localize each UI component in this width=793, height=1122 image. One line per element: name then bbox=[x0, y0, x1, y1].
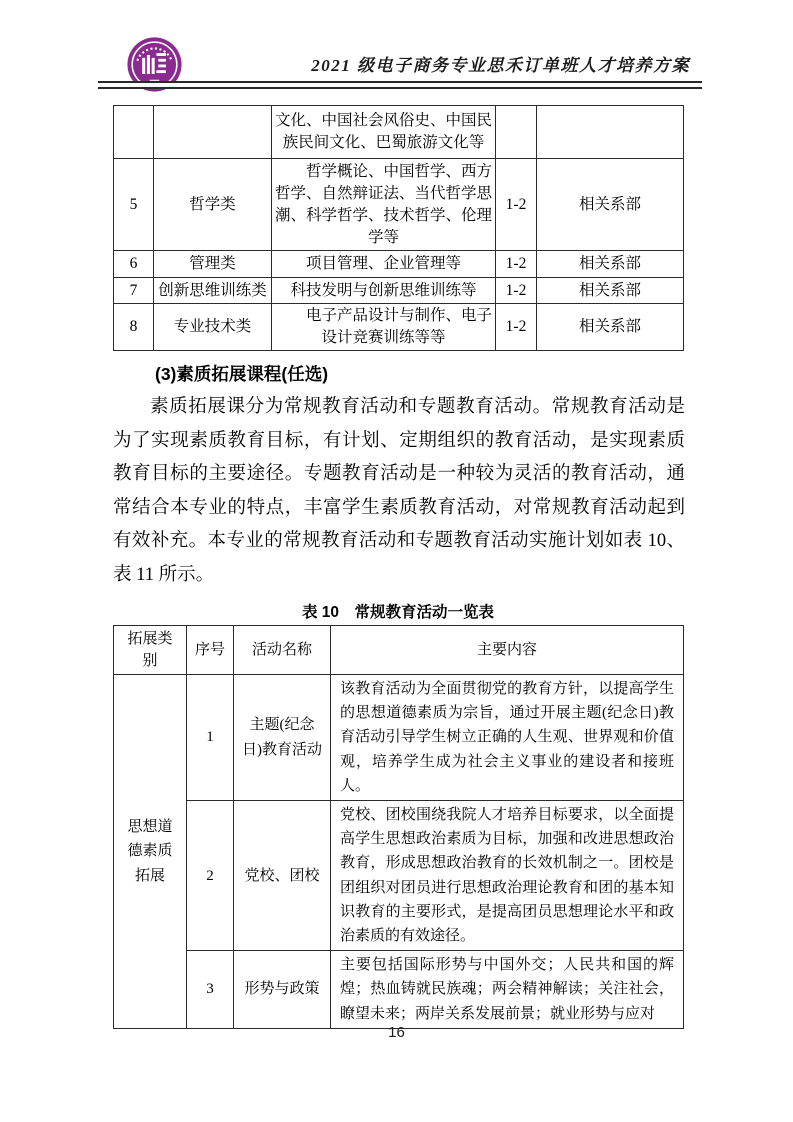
course-category: 专业技术类 bbox=[154, 304, 272, 351]
course-no: 7 bbox=[114, 278, 154, 304]
table10-caption: 表 10 常规教育活动一览表 bbox=[113, 600, 683, 622]
activity-no: 1 bbox=[187, 675, 234, 801]
course-category: 哲学类 bbox=[154, 159, 272, 251]
page-number: 16 bbox=[0, 1024, 793, 1041]
document-header-title: 2021 级电子商务专业思禾订单班人才培养方案 bbox=[311, 51, 690, 76]
course-dept: 相关系部 bbox=[537, 304, 684, 351]
activity-no: 2 bbox=[187, 801, 234, 951]
table-row: 文化、中国社会风俗史、中国民族民间文化、巴蜀旅游文化等 bbox=[114, 106, 684, 159]
course-category bbox=[154, 106, 272, 159]
table-row: 2 党校、团校 党校、团校围绕我院人才培养目标要求，以全面提高学生思想政治素质为… bbox=[114, 801, 684, 951]
course-dept: 相关系部 bbox=[537, 278, 684, 304]
activity-content: 该教育活动为全面贯彻党的教育方针，以提高学生的思想道德素质为宗旨，通过开展主题(… bbox=[331, 675, 684, 801]
header-serial-no: 序号 bbox=[187, 626, 234, 675]
document-page: 2021 级电子商务专业思禾订单班人才培养方案 文化、中国社会风俗史、中国民族民… bbox=[0, 0, 793, 1122]
course-content: 文化、中国社会风俗史、中国民族民间文化、巴蜀旅游文化等 bbox=[272, 106, 496, 159]
header-main-content: 主要内容 bbox=[331, 626, 684, 675]
course-semester: 1-2 bbox=[496, 304, 537, 351]
activity-name: 形势与政策 bbox=[234, 951, 331, 1029]
course-dept: 相关系部 bbox=[537, 159, 684, 251]
course-no: 5 bbox=[114, 159, 154, 251]
activity-name: 党校、团校 bbox=[234, 801, 331, 951]
table-row: 7 创新思维训练类 科技发明与创新思维训练等 1-2 相关系部 bbox=[114, 278, 684, 304]
table-row: 思想道德素质拓展 1 主题(纪念日)教育活动 该教育活动为全面贯彻党的教育方针，… bbox=[114, 675, 684, 801]
activity-content: 主要包括国际形势与中国外交；人民共和国的辉煌；热血铸就民族魂；两会精神解读；关注… bbox=[331, 951, 684, 1029]
activity-category: 思想道德素质拓展 bbox=[114, 675, 187, 1029]
activity-name: 主题(纪念日)教育活动 bbox=[234, 675, 331, 801]
header-activity-name: 活动名称 bbox=[234, 626, 331, 675]
course-content: 哲学概论、中国哲学、西方哲学、自然辩证法、当代哲学思潮、科学哲学、技术哲学、伦理… bbox=[272, 159, 496, 251]
table-row: 5 哲学类 哲学概论、中国哲学、西方哲学、自然辩证法、当代哲学思潮、科学哲学、技… bbox=[114, 159, 684, 251]
table-header-row: 拓展类别 序号 活动名称 主要内容 bbox=[114, 626, 684, 675]
course-category: 创新思维训练类 bbox=[154, 278, 272, 304]
table-row: 3 形势与政策 主要包括国际形势与中国外交；人民共和国的辉煌；热血铸就民族魂；两… bbox=[114, 951, 684, 1029]
header-divider-rule bbox=[98, 81, 702, 89]
course-category: 管理类 bbox=[154, 251, 272, 278]
course-content: 项目管理、企业管理等 bbox=[272, 251, 496, 278]
course-semester bbox=[496, 106, 537, 159]
course-semester: 1-2 bbox=[496, 251, 537, 278]
regular-activity-table: 拓展类别 序号 活动名称 主要内容 思想道德素质拓展 1 主题(纪念日)教育活动… bbox=[113, 625, 684, 1029]
course-dept: 相关系部 bbox=[537, 251, 684, 278]
activity-content: 党校、团校围绕我院人才培养目标要求，以全面提高学生思想政治素质为目标，加强和改进… bbox=[331, 801, 684, 951]
course-no bbox=[114, 106, 154, 159]
course-content: 电子产品设计与制作、电子设计竞赛训练等等 bbox=[272, 304, 496, 351]
extension-course-table: 文化、中国社会风俗史、中国民族民间文化、巴蜀旅游文化等 5 哲学类 哲学概论、中… bbox=[113, 105, 684, 351]
course-no: 6 bbox=[114, 251, 154, 278]
body-paragraph: 素质拓展课分为常规教育活动和专题教育活动。常规教育活动是为了实现素质教育目标，有… bbox=[113, 391, 685, 592]
course-no: 8 bbox=[114, 304, 154, 351]
section-heading: (3)素质拓展课程(任选) bbox=[155, 361, 328, 386]
header-extension-type: 拓展类别 bbox=[114, 626, 187, 675]
course-semester: 1-2 bbox=[496, 278, 537, 304]
table-row: 6 管理类 项目管理、企业管理等 1-2 相关系部 bbox=[114, 251, 684, 278]
activity-no: 3 bbox=[187, 951, 234, 1029]
course-content: 科技发明与创新思维训练等 bbox=[272, 278, 496, 304]
course-dept bbox=[537, 106, 684, 159]
table-row: 8 专业技术类 电子产品设计与制作、电子设计竞赛训练等等 1-2 相关系部 bbox=[114, 304, 684, 351]
course-semester: 1-2 bbox=[496, 159, 537, 251]
